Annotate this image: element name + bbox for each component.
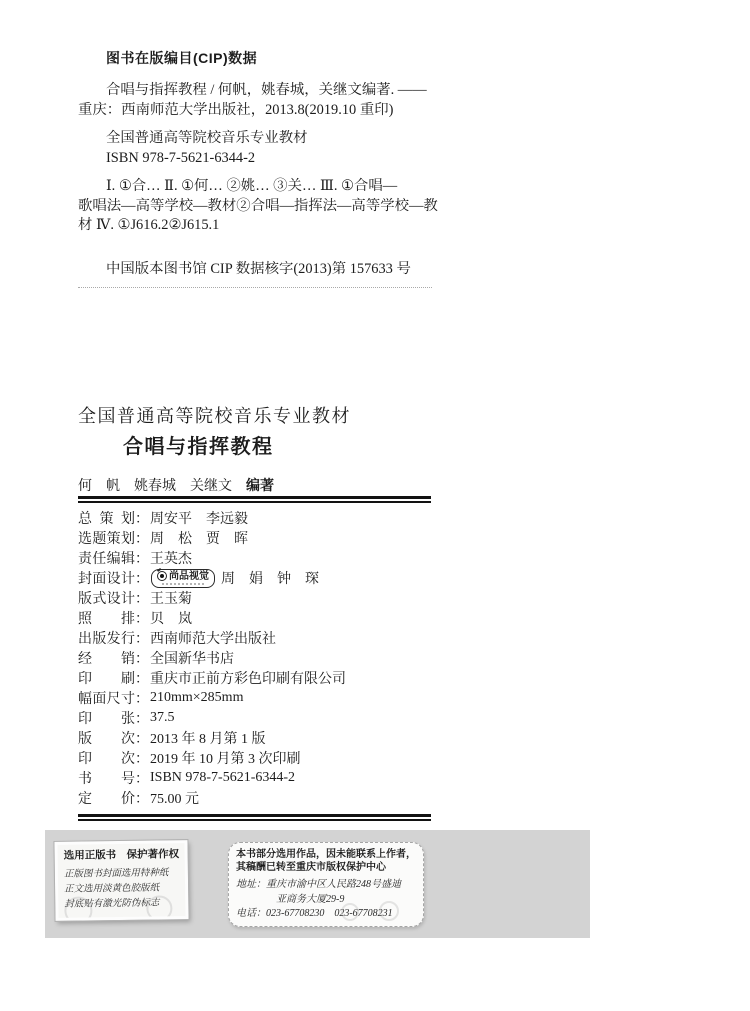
- credit-value: 王英杰: [150, 548, 192, 568]
- credit-value: 全国新华书店: [150, 648, 234, 668]
- credit-row: 幅面尺寸：210mm×285mm: [78, 688, 458, 708]
- credit-row: 责任编辑：王英杰: [78, 548, 458, 568]
- credit-value: 周 娟 钟 琛: [221, 568, 319, 588]
- phone-numbers: 023-67708230 023-67708231: [266, 908, 393, 919]
- sticker-title: 选用正版书 保护著作权: [64, 847, 179, 863]
- colon: ：: [135, 768, 149, 788]
- book-title: 合唱与指挥教程: [123, 434, 351, 460]
- copyright-notice-box: 本书部分选用作品，因未能联系上作者， 其稿酬已转至重庆市版权保护中心 地址：重庆…: [228, 842, 424, 927]
- credit-label: 定价: [78, 788, 135, 808]
- credit-label: 封面设计: [78, 568, 135, 588]
- credit-row: 总策划：周安平 李远毅: [78, 508, 458, 528]
- colon: ：: [135, 508, 149, 528]
- cip-block: 图书在版编目(CIP)数据 合唱与指挥教程 / 何帆，姚春城，关继文编著. ——…: [78, 48, 446, 279]
- credit-label: 印次: [78, 748, 135, 768]
- colon: ：: [135, 708, 149, 728]
- colon: ：: [135, 528, 149, 548]
- cip-class-line-3: 材 Ⅳ. ①J616.2②J615.1: [78, 216, 446, 236]
- notice-bold-line: 其稿酬已转至重庆市版权保护中心: [236, 861, 416, 874]
- authors-line: 何 帆 姚春城 关继文编著: [78, 476, 351, 496]
- eye-icon: [157, 571, 167, 581]
- authors-suffix: 编著: [246, 477, 274, 493]
- credit-value: 重庆市正前方彩色印刷有限公司: [150, 668, 346, 688]
- cip-title-line-2: 重庆：西南师范大学出版社，2013.8(2019.10 重印): [78, 101, 446, 121]
- colon: ：: [135, 608, 149, 628]
- anti-piracy-sticker: 选用正版书 保护著作权 正版图书封面选用特种纸 正文选用淡黄色胶版纸 封底贴有激…: [54, 840, 188, 921]
- credit-row: 书号：ISBN 978-7-5621-6344-2: [78, 768, 458, 788]
- cip-header: 图书在版编目(CIP)数据: [78, 48, 446, 68]
- shangpin-vision-logo: 尚品视觉: [151, 569, 215, 588]
- series-title: 全国普通高等院校音乐专业教材: [78, 406, 351, 426]
- credit-label: 印刷: [78, 668, 135, 688]
- credit-value: 2019 年 10 月第 3 次印刷: [150, 748, 301, 768]
- colon: ：: [135, 648, 149, 668]
- cip-class-line-1: Ⅰ. ①合… Ⅱ. ①何… ②姚… ③关… Ⅲ. ①合唱—: [78, 177, 446, 197]
- credit-value: 王玉菊: [150, 588, 192, 608]
- colon: ：: [135, 628, 149, 648]
- logo-fineprint-line: [162, 583, 204, 585]
- sticker-line: 正版图书封面选用特种纸: [64, 866, 179, 883]
- credits-list: 总策划：周安平 李远毅 选题策划：周 松 贾 晖 责任编辑：王英杰 封面设计：尚…: [78, 508, 458, 808]
- address-label: 地址：: [236, 879, 266, 890]
- credit-row: 印张：37.5: [78, 708, 458, 728]
- double-rule-top: [78, 496, 431, 503]
- credit-label: 照排: [78, 608, 135, 628]
- credit-value: 周安平 李远毅: [150, 508, 248, 528]
- credit-row: 经销：全国新华书店: [78, 648, 458, 668]
- cip-title-line-1: 合唱与指挥教程 / 何帆，姚春城，关继文编著. ——: [78, 81, 446, 101]
- credit-value: 37.5: [150, 710, 175, 726]
- colon: ：: [135, 588, 149, 608]
- notice-bold-line: 本书部分选用作品，因未能联系上作者，: [236, 848, 416, 861]
- colon: ：: [135, 728, 149, 748]
- notice-panel: 选用正版书 保护著作权 正版图书封面选用特种纸 正文选用淡黄色胶版纸 封底贴有激…: [45, 830, 590, 938]
- colon: ：: [135, 788, 149, 808]
- credit-value: 2013 年 8 月第 1 版: [150, 728, 266, 748]
- credit-label: 书号: [78, 768, 135, 788]
- credit-row: 印刷：重庆市正前方彩色印刷有限公司: [78, 668, 458, 688]
- credit-row: 版式设计：王玉菊: [78, 588, 458, 608]
- credit-row: 选题策划：周 松 贾 晖: [78, 528, 458, 548]
- credit-row: 照排：贝 岚: [78, 608, 458, 628]
- credit-label: 印张: [78, 708, 135, 728]
- credit-value: 210mm×285mm: [150, 690, 243, 706]
- notice-address-line: 地址：重庆市渝中区人民路248号盛迪: [236, 878, 416, 893]
- swirl-decoration: [341, 903, 359, 921]
- credit-value: 贝 岚: [150, 608, 192, 628]
- logo-text: 尚品视觉: [169, 571, 209, 582]
- cip-class-line-2: 歌唱法—高等学校—教材②合唱—指挥法—高等学校—教: [78, 197, 446, 217]
- double-rule-bottom: [78, 814, 431, 821]
- credit-label: 出版发行: [78, 628, 135, 648]
- credit-label: 版次: [78, 728, 135, 748]
- colon: ：: [135, 548, 149, 568]
- swirl-decoration: [379, 901, 399, 921]
- credit-row: 出版发行：西南师范大学出版社: [78, 628, 458, 648]
- cip-series-line: 全国普通高等院校音乐专业教材: [78, 129, 446, 149]
- phone-label: 电话：: [236, 908, 266, 919]
- dotted-divider: [78, 287, 432, 288]
- cip-isbn-line: ISBN 978-7-5621-6344-2: [78, 149, 446, 169]
- address-text: 重庆市渝中区人民路248号盛迪: [266, 879, 401, 890]
- credit-value: ISBN 978-7-5621-6344-2: [150, 770, 295, 786]
- author-names: 何 帆 姚春城 关继文: [78, 479, 232, 494]
- credit-label: 选题策划: [78, 528, 135, 548]
- credit-label: 幅面尺寸: [78, 688, 135, 708]
- credit-label: 总策划: [78, 508, 135, 528]
- colon: ：: [135, 668, 149, 688]
- credit-row: 印次：2019 年 10 月第 3 次印刷: [78, 748, 458, 768]
- credit-label: 版式设计: [78, 588, 135, 608]
- cip-registry-line: 中国版本图书馆 CIP 数据核字(2013)第 157633 号: [78, 260, 446, 280]
- credit-row: 定价：75.00 元: [78, 788, 458, 808]
- credit-row: 版次：2013 年 8 月第 1 版: [78, 728, 458, 748]
- credit-row-cover-design: 封面设计：尚品视觉周 娟 钟 琛: [78, 568, 458, 588]
- credit-label: 责任编辑: [78, 548, 135, 568]
- colon: ：: [135, 748, 149, 768]
- swirl-decoration: [64, 896, 92, 921]
- colon: ：: [135, 688, 149, 708]
- credit-value: 周 松 贾 晖: [150, 528, 248, 548]
- colon: ：: [135, 568, 149, 588]
- swirl-decoration: [146, 895, 172, 921]
- title-block: 全国普通高等院校音乐专业教材 合唱与指挥教程 何 帆 姚春城 关继文编著: [78, 406, 351, 496]
- logo-row: 尚品视觉: [157, 571, 209, 582]
- book-copyright-page: 图书在版编目(CIP)数据 合唱与指挥教程 / 何帆，姚春城，关继文编著. ——…: [0, 0, 750, 1011]
- credit-value: 75.00 元: [150, 788, 199, 808]
- credit-label: 经销: [78, 648, 135, 668]
- credit-value: 西南师范大学出版社: [150, 628, 276, 648]
